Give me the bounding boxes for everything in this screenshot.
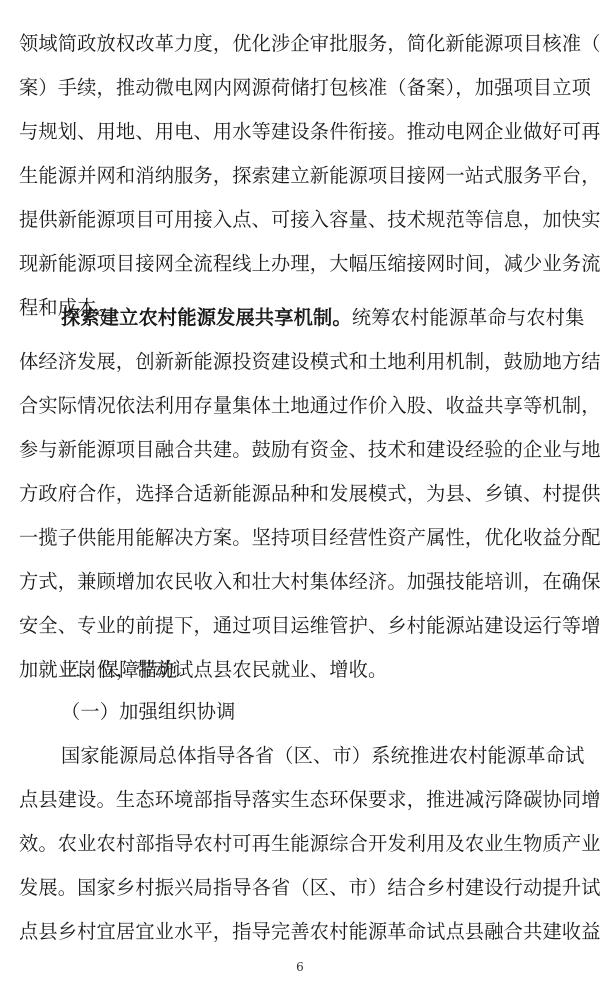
paragraph-line: 领域简政放权改革力度，优化涉企审批服务，简化新能源项目核准（备 [19, 29, 581, 59]
paragraph-line: 合实际情况依法利用存量集体土地通过作价入股、收益共享等机制， [19, 391, 581, 421]
paragraph-first-line: 探索建立农村能源发展共享机制。统筹农村能源革命与农村集 [61, 303, 581, 333]
section-heading: 三、保障措施 [61, 655, 581, 685]
paragraph-line: 点县乡村宜居宜业水平，指导完善农村能源革命试点县融合共建收益 [19, 917, 581, 947]
page-number: 6 [0, 960, 600, 974]
paragraph-line: 案）手续，推动微电网内网源荷储打包核准（备案），加强项目立项 [19, 73, 581, 103]
paragraph-line: 方政府合作，选择合适新能源品种和发展模式，为县、乡镇、村提供 [19, 479, 581, 509]
bold-lead-sentence: 探索建立农村能源发展共享机制。 [61, 306, 352, 329]
paragraph-line: 生能源并网和消纳服务，探索建立新能源项目接网一站式服务平台， [19, 161, 581, 191]
paragraph-line: 安全、专业的前提下，通过项目运维管护、乡村能源站建设运行等增 [19, 611, 581, 641]
paragraph-line: 现新能源项目接网全流程线上办理，大幅压缩接网时间，减少业务流 [19, 249, 581, 279]
paragraph-line: 方式，兼顾增加农民收入和壮大村集体经济。加强技能培训，在确保 [19, 567, 581, 597]
paragraph-line: 与规划、用地、用电、用水等建设条件衔接。推动电网企业做好可再 [19, 117, 581, 147]
subsection-heading: （一）加强组织协调 [61, 697, 581, 727]
paragraph-text: 统筹农村能源革命与农村集 [352, 306, 585, 329]
paragraph-first-line: 国家能源局总体指导各省（区、市）系统推进农村能源革命试 [61, 741, 581, 771]
paragraph-line: 点县建设。生态环境部指导落实生态环保要求，推进减污降碳协同增 [19, 785, 581, 815]
paragraph-line: 体经济发展，创新新能源投资建设模式和土地利用机制，鼓励地方结 [19, 347, 581, 377]
paragraph-line: 提供新能源项目可用接入点、可接入容量、技术规范等信息，加快实 [19, 205, 581, 235]
paragraph-line: 一揽子供能用能解决方案。坚持项目经营性资产属性，优化收益分配 [19, 523, 581, 553]
document-page: 领域简政放权改革力度，优化涉企审批服务，简化新能源项目核准（备 案）手续，推动微… [0, 0, 600, 987]
paragraph-line: 效。农业农村部指导农村可再生能源综合开发利用及农业生物质产业 [19, 829, 581, 859]
paragraph-line: 参与新能源项目融合共建。鼓励有资金、技术和建设经验的企业与地 [19, 435, 581, 465]
paragraph-line: 发展。国家乡村振兴局指导各省（区、市）结合乡村建设行动提升试 [19, 873, 581, 903]
